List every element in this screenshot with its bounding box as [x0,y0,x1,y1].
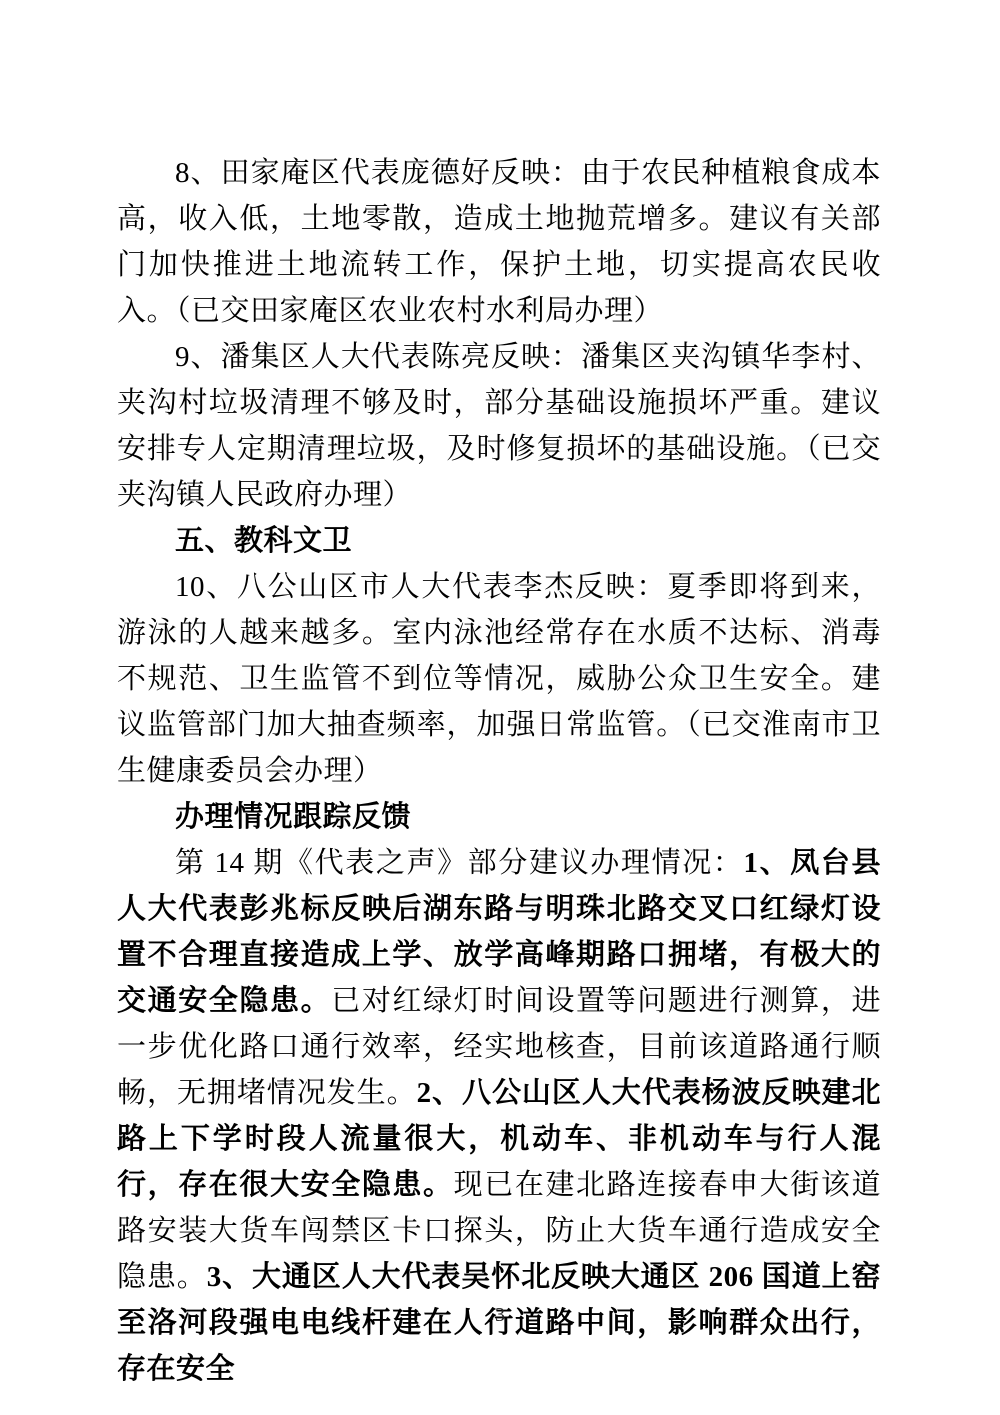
page-number: 3 [0,1302,1000,1328]
text-run: 10、八公山区市人大代表李杰反映：夏季即将到来，游泳的人越来越多。室内泳池经常存… [117,571,881,787]
text-run: 8、田家庵区代表庞德好反映：由于农民种植粮食成本高，收入低，土地零散，造成土地抛… [117,157,881,327]
text-run: 第 14 期《代表之声》部分建议办理情况： [175,847,743,879]
document-body: 8、田家庵区代表庞德好反映：由于农民种植粮食成本高，收入低，土地零散，造成土地抛… [117,150,881,1392]
text-run: 五、教科文卫 [175,525,352,557]
document-page: 8、田家庵区代表庞德好反映：由于农民种植粮食成本高，收入低，土地零散，造成土地抛… [0,0,1000,1415]
paragraph: 9、潘集区人大代表陈亮反映：潘集区夹沟镇华李村、夹沟村垃圾清理不够及时，部分基础… [117,334,881,518]
text-run: 办理情况跟踪反馈 [175,801,411,833]
paragraph: 10、八公山区市人大代表李杰反映：夏季即将到来，游泳的人越来越多。室内泳池经常存… [117,564,881,794]
text-run: 9、潘集区人大代表陈亮反映：潘集区夹沟镇华李村、夹沟村垃圾清理不够及时，部分基础… [117,341,881,511]
paragraph: 8、田家庵区代表庞德好反映：由于农民种植粮食成本高，收入低，土地零散，造成土地抛… [117,150,881,334]
section-heading: 五、教科文卫 [117,518,881,564]
section-heading: 办理情况跟踪反馈 [117,794,881,840]
